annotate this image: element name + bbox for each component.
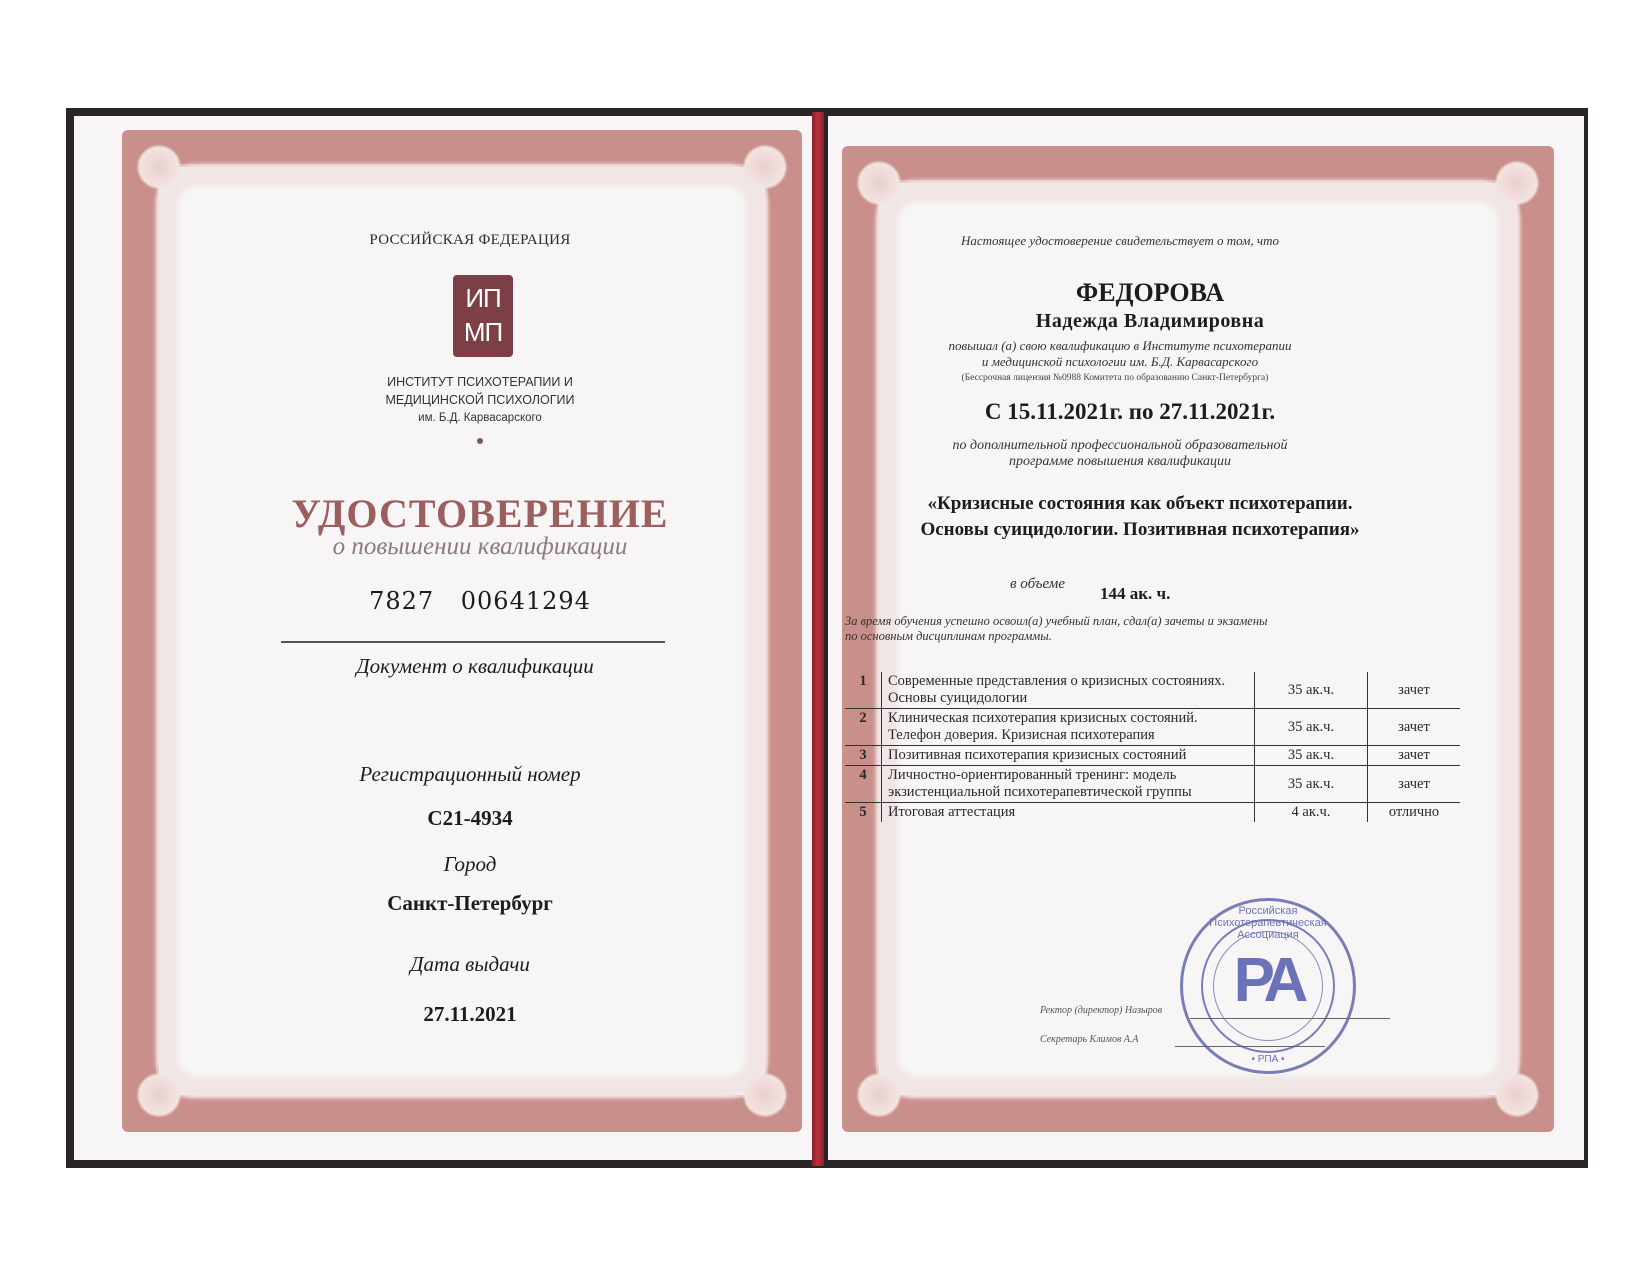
subject-hours: 35 ак.ч. [1255,709,1368,746]
corner-ornament [742,1072,788,1118]
document-type: Документ о квалификации [280,654,670,679]
secretary-signature: Секретарь Климов А.А [1040,1034,1139,1045]
subject-hours: 4 ак.ч. [1255,803,1368,823]
license-note: (Бессрочная лицензия №0988 Комитета по о… [880,373,1350,383]
corner-ornament [856,160,902,206]
city-value: Санкт-Петербург [280,891,660,916]
logo-line-2: МП [453,315,513,349]
subject-result: зачет [1368,766,1461,803]
corner-ornament [1494,160,1540,206]
country-heading: РОССИЙСКАЯ ФЕДЕРАЦИЯ [300,232,640,249]
corner-ornament [136,1072,182,1118]
stamp-bottom-text: • РПА • [1183,1054,1353,1065]
corner-ornament [1494,1072,1540,1118]
table-row: 3Позитивная психотерапия кризисных состо… [845,746,1460,766]
subject-result: зачет [1368,746,1461,766]
qualification-line: и медицинской психологии им. Б.Д. Карвас… [870,354,1370,370]
subject-name: Личностно-ориентированный тренинг: модел… [882,766,1255,803]
binding-ribbon [812,112,824,1166]
divider [281,641,665,643]
stamp-text: Российская Психотерапевтическая Ассоциац… [1183,905,1353,941]
certificate-intro: Настоящее удостоверение свидетельствует … [880,233,1360,249]
stamp-monogram-icon: РА [1183,945,1353,1016]
subject-name: Итоговая аттестация [882,803,1255,823]
document-title: УДОСТОВЕРЕНИЕ [260,490,700,537]
completion-line: по основным дисциплинам программы. [845,629,1385,644]
table-row: 2Клиническая психотерапия кризисных сост… [845,709,1460,746]
completion-statement: За время обучения успешно освоил(а) учеб… [845,614,1385,644]
subject-hours: 35 ак.ч. [1255,672,1368,709]
official-stamp: Российская Психотерапевтическая Ассоциац… [1180,898,1356,1074]
subject-result: зачет [1368,709,1461,746]
program-intro: по дополнительной профессиональной образ… [880,438,1360,470]
subject-result: отлично [1368,803,1461,823]
table-row: 1Современные представления о кризисных с… [845,672,1460,709]
corner-ornament [742,144,788,190]
issue-date-label: Дата выдачи [280,952,660,977]
institute-line: МЕДИЦИНСКОЙ ПСИХОЛОГИИ [330,391,630,409]
program-title-line: Основы суицидологии. Позитивная психотер… [855,517,1425,543]
program-intro-line: по дополнительной профессиональной образ… [880,438,1360,454]
registration-label: Регистрационный номер [280,762,660,787]
completion-line: За время обучения успешно освоил(а) учеб… [845,614,1385,629]
subject-hours: 35 ак.ч. [1255,746,1368,766]
volume-label: в объеме [1010,576,1065,593]
qualification-line: повышал (а) свою квалификацию в Институт… [870,338,1370,354]
program-title-line: «Кризисные состояния как объект психотер… [855,491,1425,517]
subject-number: 1 [845,672,882,709]
issue-date-value: 27.11.2021 [280,1002,660,1027]
corner-ornament [856,1072,902,1118]
institute-name: ИНСТИТУТ ПСИХОТЕРАПИИ И МЕДИЦИНСКОЙ ПСИХ… [330,373,630,427]
subject-name: Современные представления о кризисных со… [882,672,1255,709]
program-title: «Кризисные состояния как объект психотер… [855,491,1425,543]
holder-surname: ФЕДОРОВА [900,278,1400,308]
institute-line: им. Б.Д. Карвасарского [330,409,630,427]
qualification-statement: повышал (а) свою квалификацию в Институт… [870,338,1370,370]
city-label: Город [280,852,660,877]
subject-name: Позитивная психотерапия кризисных состоя… [882,746,1255,766]
registration-number: С21-4934 [280,806,660,831]
table-row: 4Личностно-ориентированный тренинг: моде… [845,766,1460,803]
volume-value: 144 ак. ч. [1100,584,1170,604]
subject-hours: 35 ак.ч. [1255,766,1368,803]
training-period: С 15.11.2021г. по 27.11.2021г. [880,399,1380,425]
logo-line-1: ИП [453,281,513,315]
institute-logo: ИП МП [453,275,513,357]
program-intro-line: программе повышения квалификации [880,454,1360,470]
holder-given-names: Надежда Владимировна [900,310,1400,333]
subject-name: Клиническая психотерапия кризисных состо… [882,709,1255,746]
rector-signature: Ректор (директор) Назыров [1040,1005,1162,1016]
corner-ornament [136,144,182,190]
institute-line: ИНСТИТУТ ПСИХОТЕРАПИИ И [330,373,630,391]
subject-number: 2 [845,709,882,746]
subjects-table: 1Современные представления о кризисных с… [845,672,1460,822]
table-row: 5Итоговая аттестация4 ак.ч.отлично [845,803,1460,823]
subject-number: 5 [845,803,882,823]
subject-result: зачет [1368,672,1461,709]
bullet-dot [477,438,483,444]
serial-number: 7827 00641294 [300,587,660,615]
subject-number: 3 [845,746,882,766]
subject-number: 4 [845,766,882,803]
document-subtitle: о повышении квалификации [260,533,700,561]
